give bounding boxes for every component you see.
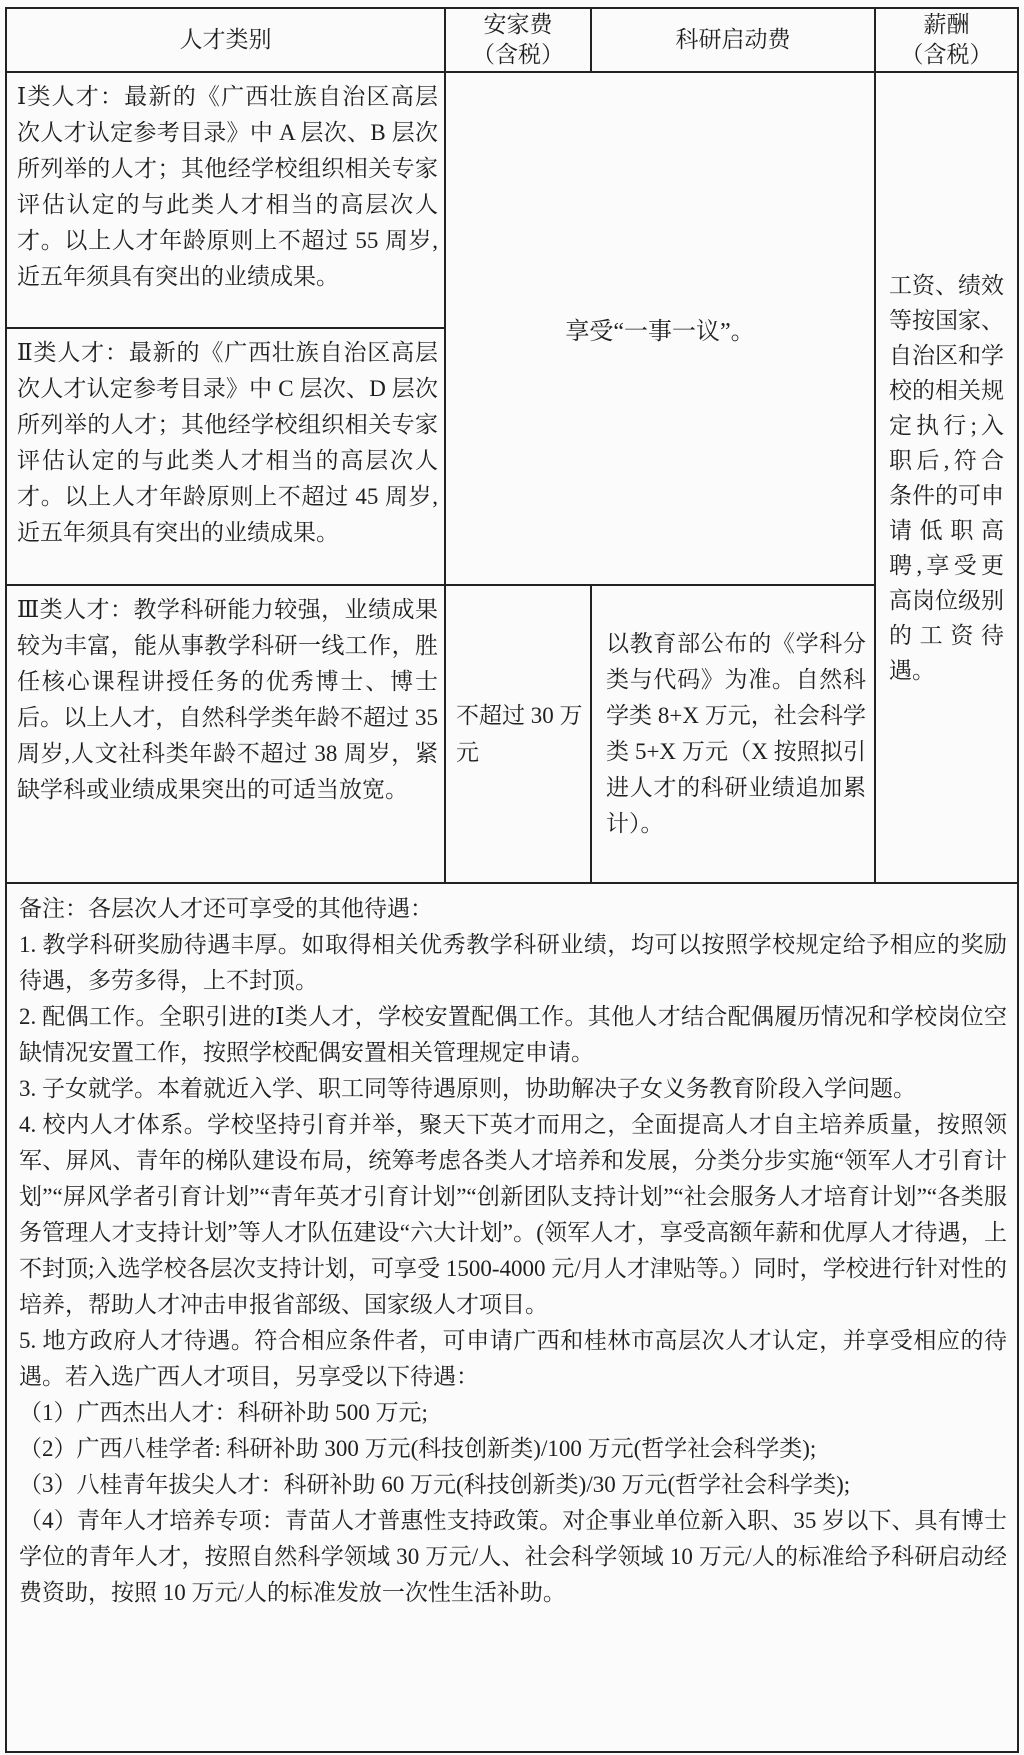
header-research-startup-fund: 科研启动费: [591, 8, 875, 72]
cell-tier2-description: Ⅱ类人才：最新的《广西壮族自治区高层次人才认定参考目录》中 C 层次、D 层次所…: [6, 328, 445, 585]
header-settling-fee: 安家费 （含税）: [445, 8, 591, 72]
cell-tier1-2-negotiation: 享受“一事一议”。: [445, 72, 875, 585]
note-paragraph-1: 1. 教学科研奖励待遇丰厚。如取得相关优秀教学科研业绩，均可以按照学校规定给予相…: [19, 927, 1007, 999]
table-row-tier3: Ⅲ类人才：教学科研能力较强，业绩成果较为丰富，能从事教学科研一线工作，胜任核心课…: [6, 585, 1018, 883]
header-talent-category: 人才类别: [6, 8, 445, 72]
cell-salary-policy: 工资、绩效等按国家、自治区和学校的相关规定执行;入职后,符合条件的可申请低职高聘…: [875, 72, 1018, 883]
document-page: 人才类别 安家费 （含税） 科研启动费 薪酬 （含税） Ⅰ类人才：最新的《广西壮…: [0, 0, 1024, 1755]
note-paragraph-5: 5. 地方政府人才待遇。符合相应条件者，可申请广西和桂林市高层次人才认定，并享受…: [19, 1323, 1007, 1395]
cell-tier3-research-fund: 以教育部公布的《学科分类与代码》为准。自然科学类 8+X 万元，社会科学类 5+…: [591, 585, 875, 883]
talent-benefits-table: 人才类别 安家费 （含税） 科研启动费 薪酬 （含税） Ⅰ类人才：最新的《广西壮…: [5, 7, 1019, 1753]
table-row-tier1: Ⅰ类人才：最新的《广西壮族自治区高层次人才认定参考目录》中 A 层次、B 层次所…: [6, 72, 1018, 328]
note-paragraph-5-sub1: （1）广西杰出人才：科研补助 500 万元;: [19, 1395, 1007, 1431]
table-row-notes: 备注：各层次人才还可享受的其他待遇： 1. 教学科研奖励待遇丰厚。如取得相关优秀…: [6, 883, 1018, 1752]
note-paragraph-header: 备注：各层次人才还可享受的其他待遇：: [19, 891, 1007, 927]
note-paragraph-3: 3. 子女就学。本着就近入学、职工同等待遇原则，协助解决子女义务教育阶段入学问题…: [19, 1071, 1007, 1107]
note-paragraph-5-sub2: （2）广西八桂学者: 科研补助 300 万元(科技创新类)/100 万元(哲学社…: [19, 1431, 1007, 1467]
notes-section: 备注：各层次人才还可享受的其他待遇： 1. 教学科研奖励待遇丰厚。如取得相关优秀…: [6, 883, 1018, 1752]
cell-tier3-description: Ⅲ类人才：教学科研能力较强，业绩成果较为丰富，能从事教学科研一线工作，胜任核心课…: [6, 585, 445, 883]
cell-tier1-description: Ⅰ类人才：最新的《广西壮族自治区高层次人才认定参考目录》中 A 层次、B 层次所…: [6, 72, 445, 328]
note-paragraph-5-sub3: （3）八桂青年拔尖人才：科研补助 60 万元(科技创新类)/30 万元(哲学社会…: [19, 1467, 1007, 1503]
table-header-row: 人才类别 安家费 （含税） 科研启动费 薪酬 （含税）: [6, 8, 1018, 72]
note-paragraph-5-sub4: （4）青年人才培养专项：青苗人才普惠性支持政策。对企事业单位新入职、35 岁以下…: [19, 1503, 1007, 1611]
cell-tier3-settling-fee: 不超过 30 万元: [445, 585, 591, 883]
header-salary: 薪酬 （含税）: [875, 8, 1018, 72]
note-paragraph-2: 2. 配偶工作。全职引进的Ⅰ类人才，学校安置配偶工作。其他人才结合配偶履历情况和…: [19, 999, 1007, 1071]
note-paragraph-4: 4. 校内人才体系。学校坚持引育并举，聚天下英才而用之，全面提高人才自主培养质量…: [19, 1107, 1007, 1323]
